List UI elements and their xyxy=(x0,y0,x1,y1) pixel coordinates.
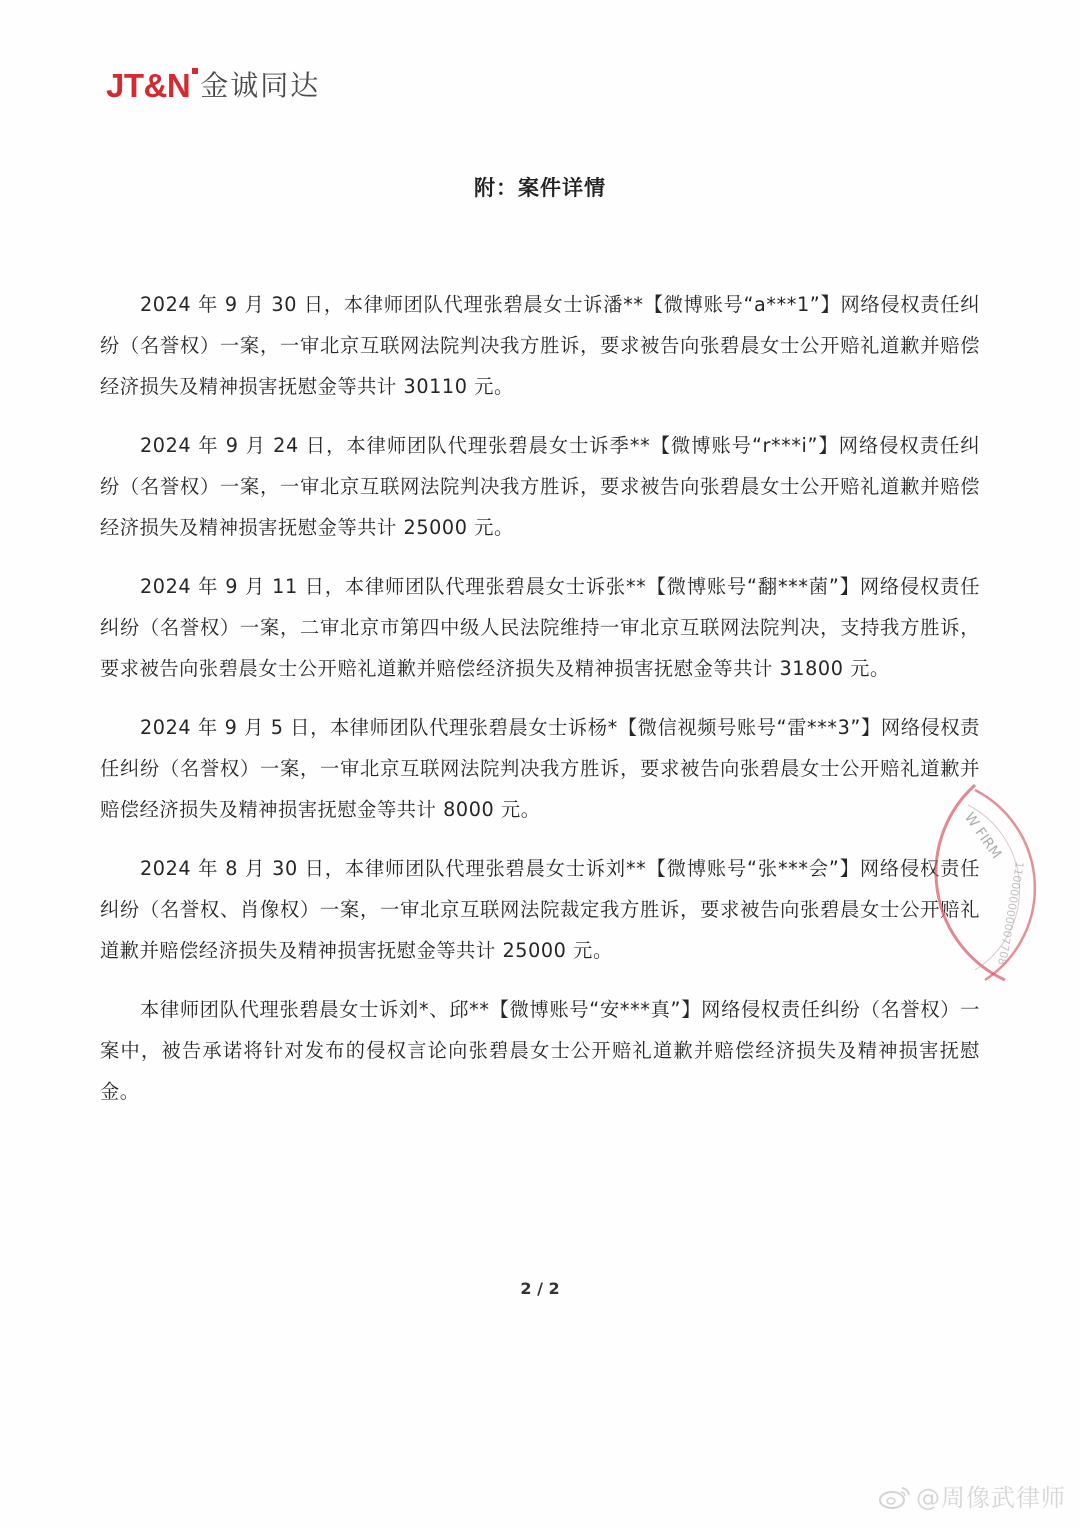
firm-logo: JT&N 金诚同达 xyxy=(106,64,320,104)
case-list: 2024 年 9 月 30 日，本律师团队代理张碧晨女士诉潘**【微博账号“a*… xyxy=(100,284,980,1130)
case-paragraph: 本律师团队代理张碧晨女士诉刘*、邱**【微博账号“安***真”】网络侵权责任纠纷… xyxy=(100,989,980,1112)
case-paragraph: 2024 年 9 月 11 日，本律师团队代理张碧晨女士诉张**【微博账号“翻*… xyxy=(100,566,980,689)
logo-en-text: JT&N xyxy=(106,68,190,104)
svg-text:110000000007708: 110000000007708 xyxy=(995,860,1026,966)
case-paragraph: 2024 年 9 月 5 日，本律师团队代理张碧晨女士诉杨*【微信视频号账号“雷… xyxy=(100,707,980,830)
watermark-text: @周像武律师 xyxy=(916,1478,1066,1513)
document-page: JT&N 金诚同达 附：案件详情 2024 年 9 月 30 日，本律师团队代理… xyxy=(0,0,1080,1527)
case-paragraph: 2024 年 9 月 24 日，本律师团队代理张碧晨女士诉季**【微博账号“r*… xyxy=(100,425,980,548)
page-number: 2 / 2 xyxy=(0,1279,1080,1298)
weibo-watermark: @周像武律师 xyxy=(878,1478,1066,1513)
case-paragraph: 2024 年 9 月 30 日，本律师团队代理张碧晨女士诉潘**【微博账号“a*… xyxy=(100,284,980,407)
logo-cn-text: 金诚同达 xyxy=(200,68,320,104)
document-title: 附：案件详情 xyxy=(0,172,1080,202)
weibo-icon xyxy=(878,1482,912,1510)
case-paragraph: 2024 年 8 月 30 日，本律师团队代理张碧晨女士诉刘**【微博账号“张*… xyxy=(100,848,980,971)
logo-dot-icon xyxy=(192,68,198,74)
